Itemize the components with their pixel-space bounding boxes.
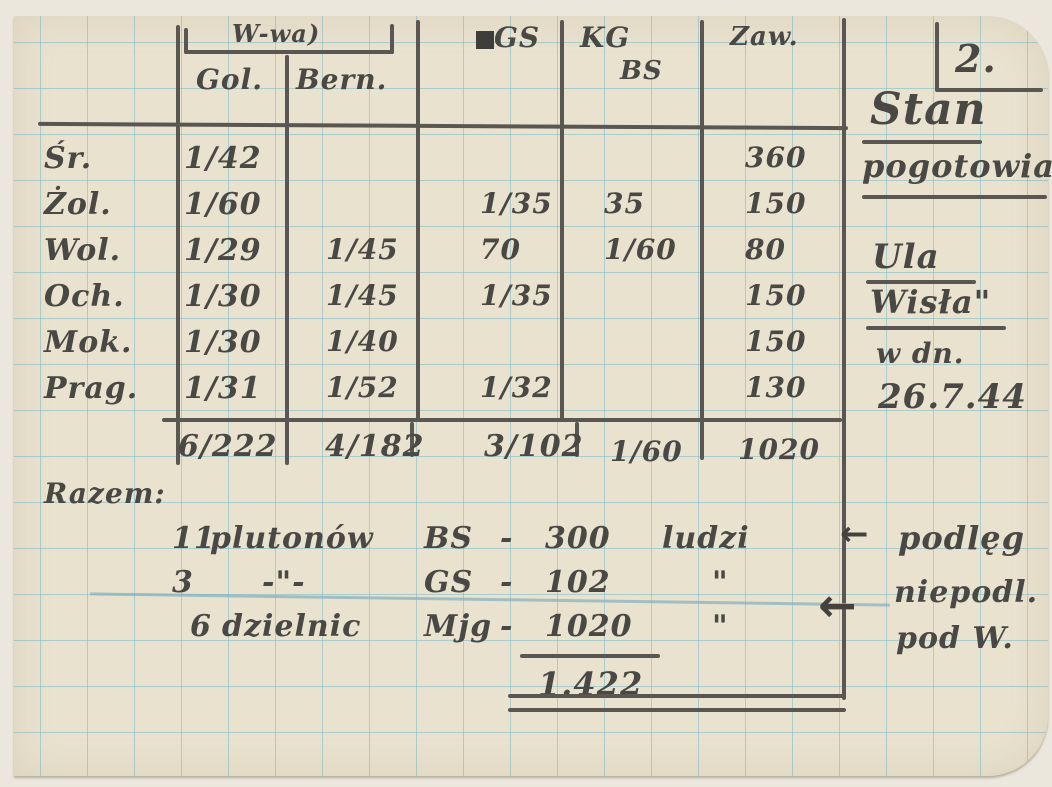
row-district-label: Prag. [44,374,138,404]
cell-zaw: 150 [745,282,806,310]
cell-gol: 1/30 [184,282,262,312]
unit-name-line2: Wisła" [870,286,991,318]
col-divider [416,20,420,420]
summary-unit: BS [424,524,473,554]
cell-gol: 1/31 [184,374,262,404]
sidebar-title: Stan [870,88,987,132]
page-number: 2. [955,40,997,78]
summary-label: Razem: [44,480,166,508]
filled-square-icon [476,31,494,49]
sidebar-subtitle: pogotowia [862,150,1052,182]
col-divider [700,20,704,460]
summary-value: 102 [545,568,611,598]
row-district-label: Wol. [44,236,121,266]
cell-gs: 1/35 [480,282,553,310]
cell-gs: 1/35 [480,190,553,218]
row-district-label: Śr. [44,144,92,174]
col-divider [176,25,180,465]
final-underline [508,708,846,712]
summary-dash: - [500,524,513,554]
cell-gol: 1/60 [184,190,262,220]
note-not-subordinate: niepodl. [894,578,1038,608]
summary-suffix: " [712,612,729,642]
cell-kg-bs: 1/60 [604,236,677,264]
row-district-label: Żol. [44,190,112,220]
row-district-label: Mok. [44,328,132,358]
arrow-left-icon: ← [818,578,857,632]
summary-count: 6 [190,612,212,642]
cell-bern: 1/40 [326,328,399,356]
totals-divider [162,418,842,422]
report-date: 26.7.44 [878,380,1027,414]
summary-suffix: ludzi [662,524,750,554]
col-header-bs: BS [620,58,663,84]
summary-value: 1020 [545,612,633,642]
summary-text: dzielnic [222,612,361,642]
cell-gol: 1/30 [184,328,262,358]
page-number-border [935,22,939,92]
summary-unit: GS [424,568,473,598]
cell-gs: 1/32 [480,374,553,402]
summary-text: -"- [262,568,306,598]
summary-dash: - [500,568,513,598]
note-under-w: pod W. [896,624,1014,654]
sidebar-underline [862,140,982,144]
col-divider [285,55,289,465]
summary-unit: Mjg [424,612,492,642]
cell-kg-bs: 35 [604,190,645,218]
cell-zaw: 360 [745,144,806,172]
group-bracket [390,24,394,54]
group-bracket [184,28,188,54]
cell-gs: 70 [480,236,521,264]
arrow-left-icon: ← [840,514,869,554]
summary-text: plutonów [210,524,374,554]
cell-bern: 1/45 [326,282,399,310]
row-district-label: Och. [44,282,125,312]
col-header-kg: KG [580,24,630,52]
col-header-bern: Bern. [296,66,387,94]
final-underline [508,694,846,698]
cell-gol: 1/29 [184,236,262,266]
cell-gol: 1/42 [184,144,262,174]
col-divider [560,20,564,420]
note-subordinate: podlęg [898,522,1025,554]
group-header: W-wa) [232,22,320,46]
cell-zaw: 150 [745,328,806,356]
sum-underline [520,654,660,658]
total-kg-bs: 1/60 [610,438,683,466]
col-header-gs: GS [476,24,540,52]
summary-suffix: " [712,568,729,598]
summary-dash: - [500,612,513,642]
col-header-zaw: Zaw. [730,24,799,50]
col-header-gs-label: GS [494,21,540,54]
col-header-gol: Gol. [196,66,263,94]
sidebar-underline [862,195,1047,199]
cell-bern: 1/52 [326,374,399,402]
cell-bern: 1/45 [326,236,399,264]
summary-value: 300 [545,524,611,554]
sidebar-underline [866,326,1006,330]
group-bracket [184,50,394,54]
total-gol: 6/222 [178,432,277,462]
total-zaw: 1020 [738,436,820,464]
cell-zaw: 130 [745,374,806,402]
total-bern: 4/182 [325,432,424,462]
cell-zaw: 80 [745,236,786,264]
date-prefix: w dn. [876,340,965,368]
unit-name-line1: Ula [872,240,940,274]
cell-zaw: 150 [745,190,806,218]
total-gs: 3/102 [484,432,583,462]
